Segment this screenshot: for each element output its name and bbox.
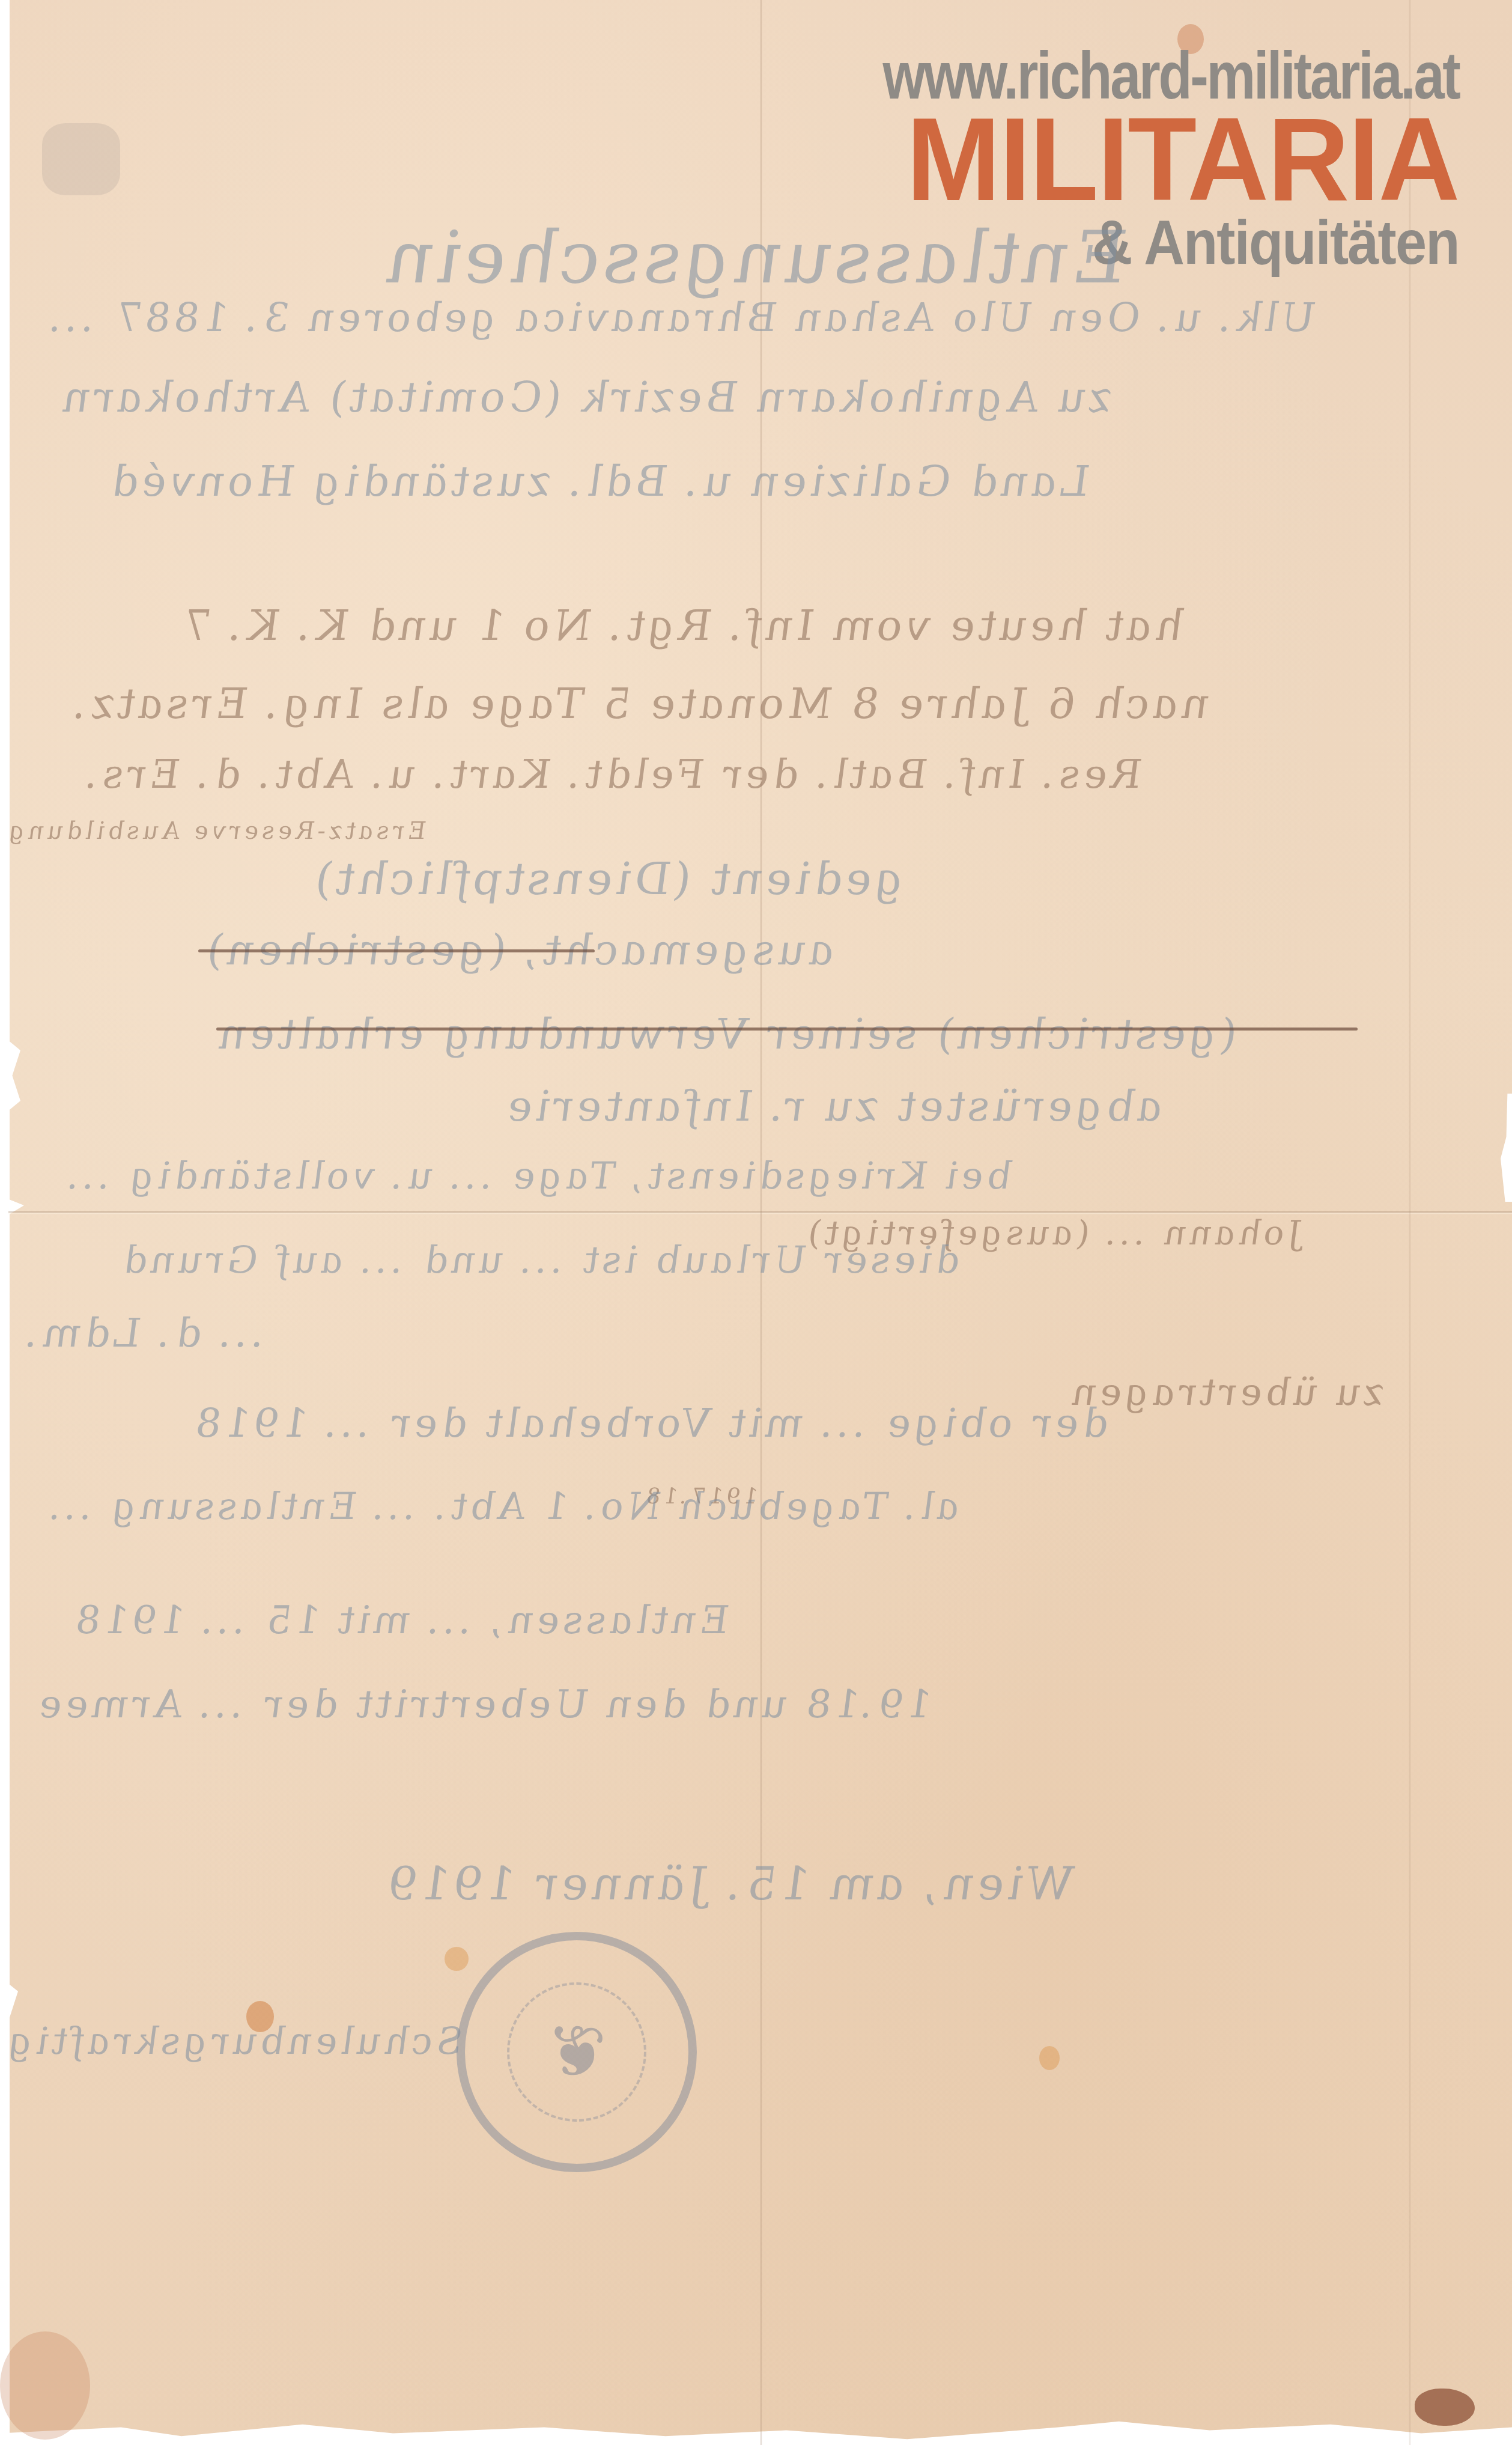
handwriting-line: Ulk. u. Oen Ulo Ashan Bhranavica geboren… [40,294,1322,341]
strikethrough [198,949,595,952]
handwriting-line: al. Tagebuch No. 1 Abt. ... Entlassung .… [41,1484,967,1528]
handwriting-place-date: Wien, am 15. Jänner 1919 [376,1857,1082,1910]
handwriting-signature: Schulenburgskraftig [0,2019,470,2063]
handwriting-line: zu Agnihokarn Bezirk (Comitat) Arthokarn [52,373,1120,422]
handwriting-line: (gestrichen) seiner Verwundung erhalten [208,1009,1245,1059]
watermark-brand: MILITARIA [785,101,1459,219]
handwriting-line: nach 6 Jahre 8 Monate 5 Tage als Ing. Er… [64,679,1218,728]
strikethrough [216,1028,1358,1031]
rust-stain [1039,2046,1060,2070]
paper-fold [1409,0,1411,2445]
paper-fold [760,0,762,2445]
handwriting-line: Land Galizien u. Bdl. zuständig Honvéd [100,457,1097,506]
handwriting-line: ... d. Ldm. [16,1310,274,1356]
handwriting-line: hat heute vom Inf. Rgt. No 1 und K. K. 7 [172,601,1191,650]
double-headed-eagle-icon: ❦ [547,2011,607,2094]
torn-edge [0,0,10,2445]
handwriting-title: Entlassungsschein [371,216,1139,300]
official-stamp: ❦ [457,1932,697,2172]
handwriting-marginal-note: Ersatz-Reserve Ausbildung [2,817,431,845]
handwriting-line: Entlassen, ... mit 15 ... 1918 [65,1598,735,1643]
handwriting-line: Res. Inf. Batl. der Feldt. Kart. u. Abt.… [76,751,1149,797]
handwriting-line: bei Kriegsdienst, Tage ... u. vollständi… [59,1154,1018,1198]
handwriting-line: gedient (Dienstpflicht) [304,853,913,905]
ink-stain [42,123,120,195]
ink-stain [1415,2389,1475,2426]
rust-stain [445,1947,469,1971]
handwriting-line: der obige ... mit Vorbehalt der ... 1918 [184,1400,1116,1446]
foxing [0,2331,90,2440]
handwriting-line: abgerüstet zu r. Infanterie [497,1082,1171,1131]
handwriting-line: dieser Urlaub ist ... und ... auf Grund [113,1238,967,1282]
handwriting-line: 19.18 und den Uebertritt der ... Armee [29,1682,938,1727]
